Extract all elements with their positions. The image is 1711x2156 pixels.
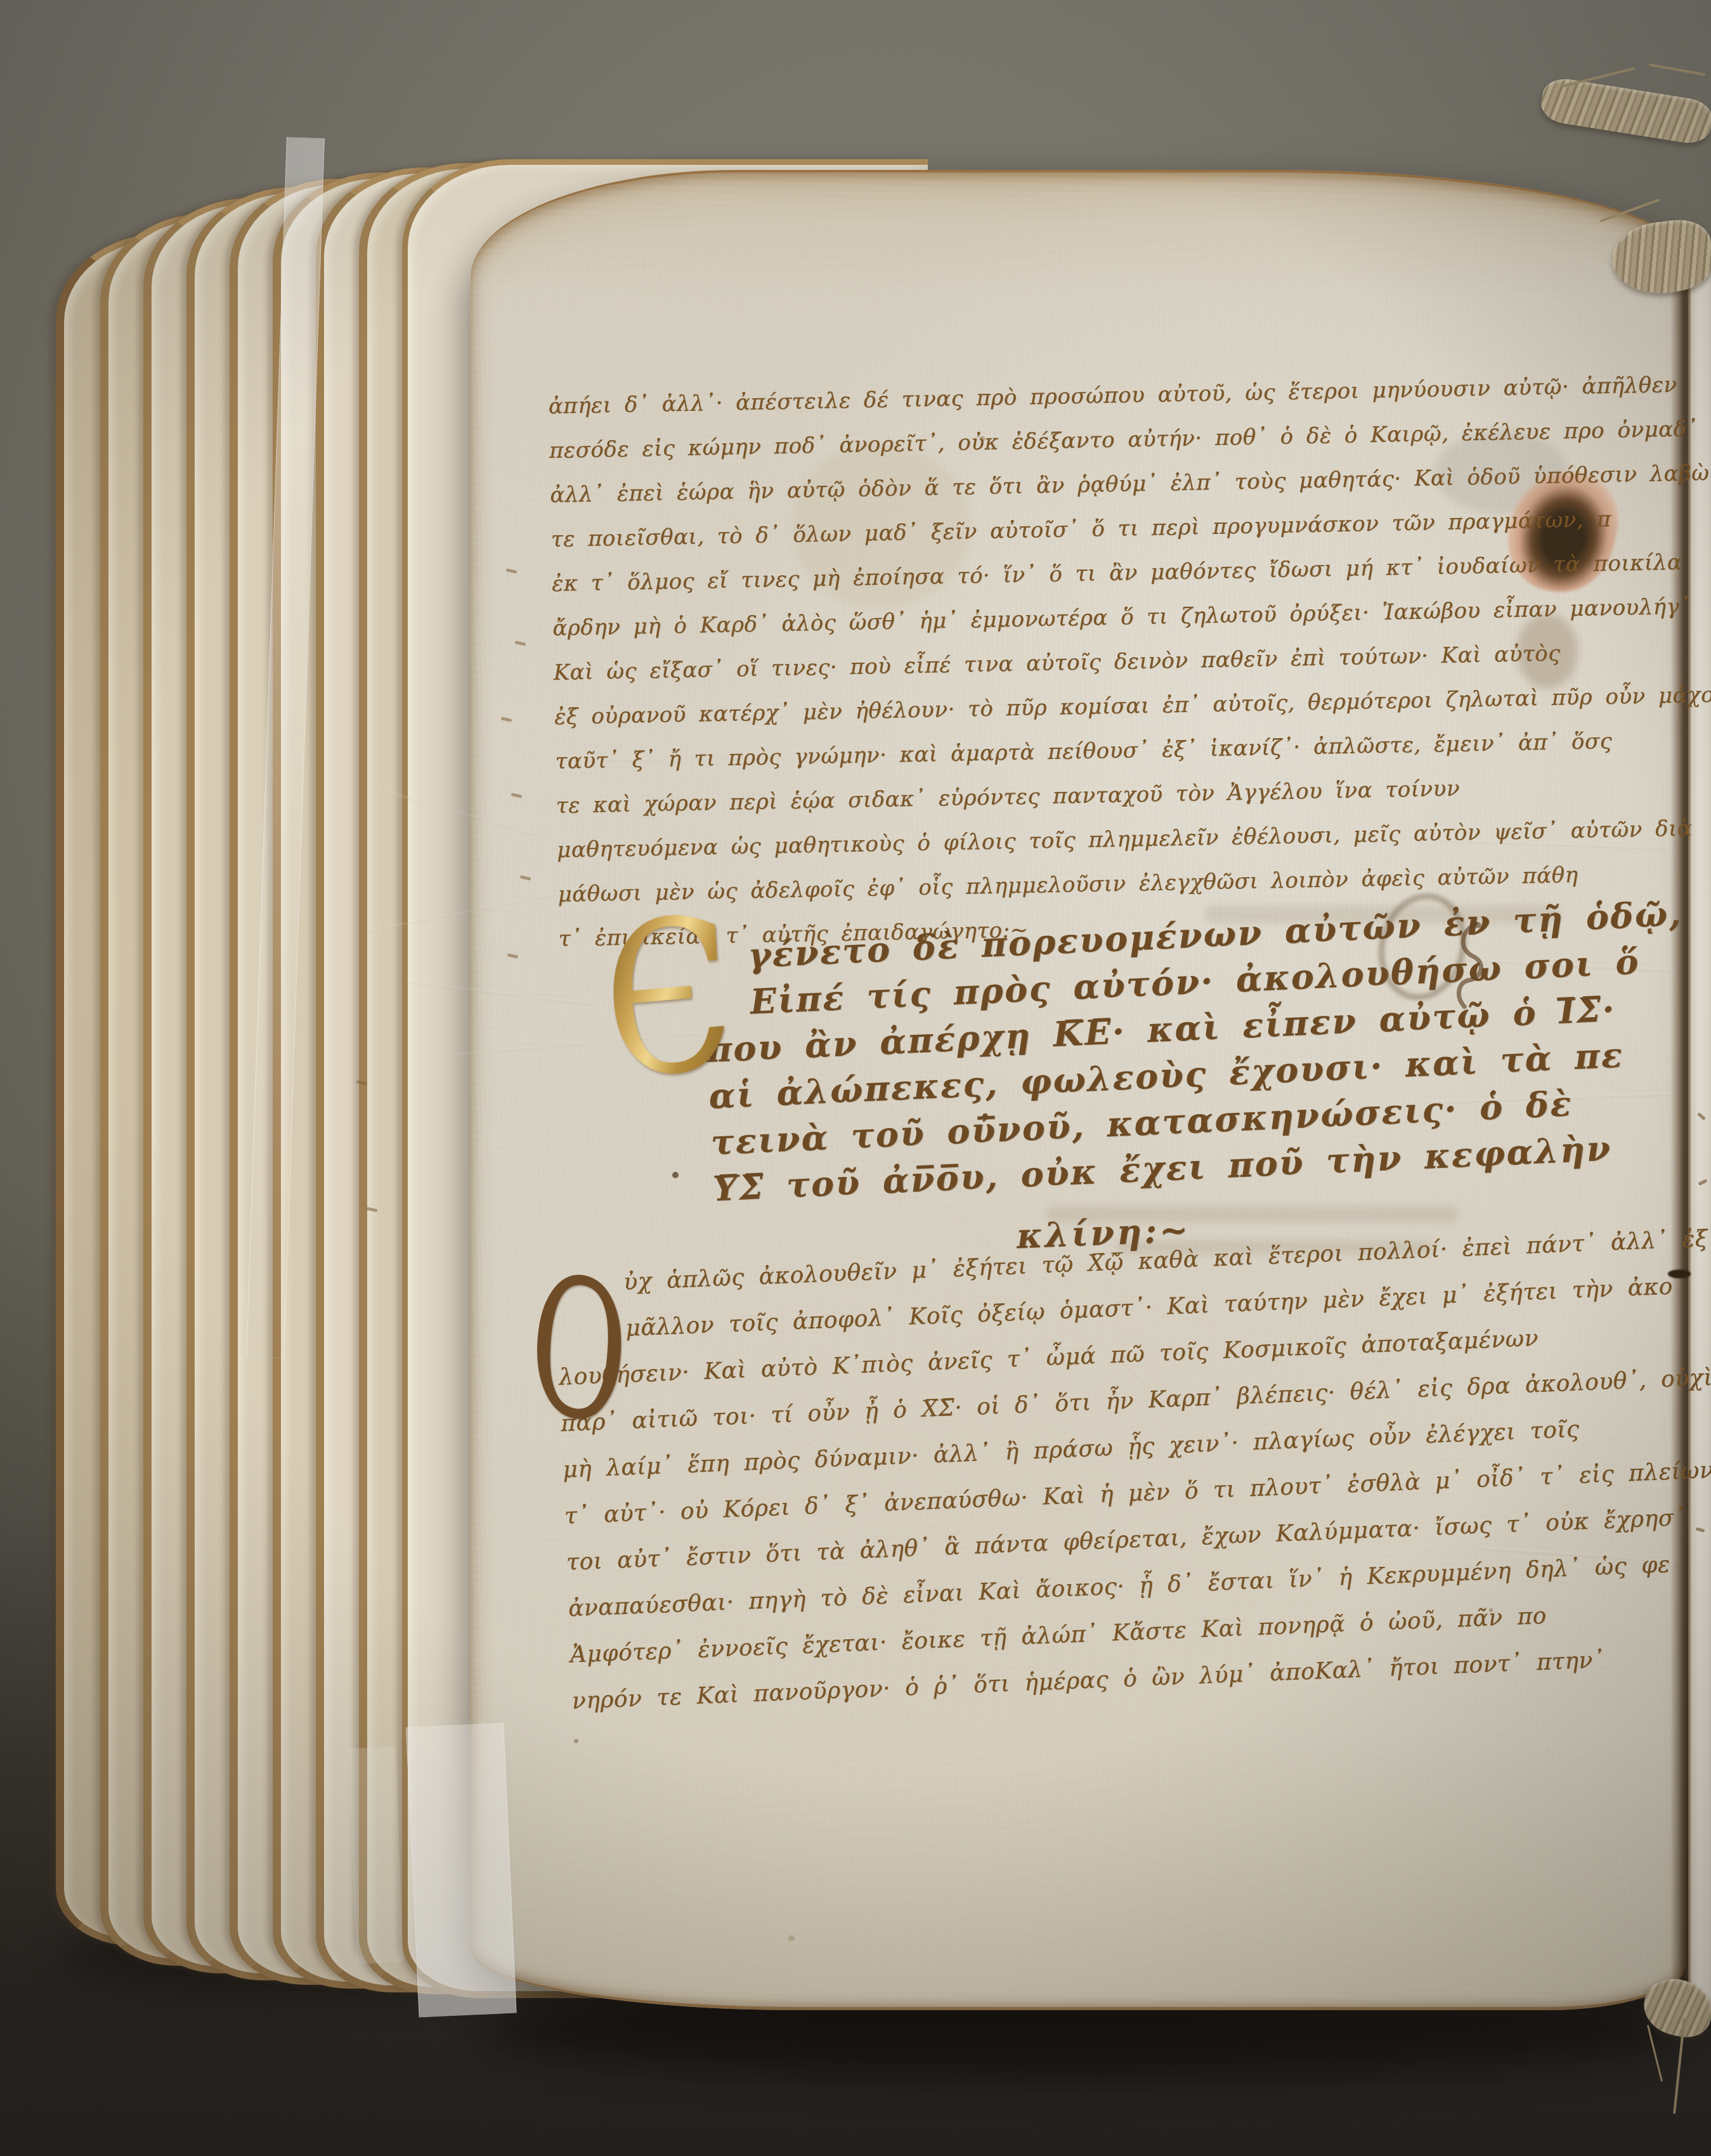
gilded-initial-epsilon: Є — [600, 909, 737, 1088]
gospel-lemma-block: γένετο δὲ πορευομένων αὐτῶν ἐν τῇ ὁδῷ,Εἰ… — [701, 898, 1519, 1212]
manuscript-photo: ἀπήει δ᾽ ἀλλ᾽· ἀπέστειλε δέ τινας πρὸ πρ… — [0, 0, 1711, 2156]
facing-page-edge — [1688, 259, 1711, 2008]
gutter-fold — [1670, 263, 1691, 2006]
upper-commentary-block: ἀπήει δ᾽ ἀλλ᾽· ἀπέστειλε δέ τινας πρὸ πρ… — [548, 364, 1611, 961]
ink-speck — [788, 1935, 795, 1941]
marginal-initial-omicron: Ο — [525, 1266, 632, 1436]
ink-speck — [574, 1739, 578, 1743]
lower-commentary-block: ὐχ ἁπλῶς ἀκολουθεῖν μ᾽ ἐξήτει τῷ Χ̅ῷ̅ κα… — [554, 1219, 1650, 1725]
ink-speck — [672, 1172, 679, 1178]
